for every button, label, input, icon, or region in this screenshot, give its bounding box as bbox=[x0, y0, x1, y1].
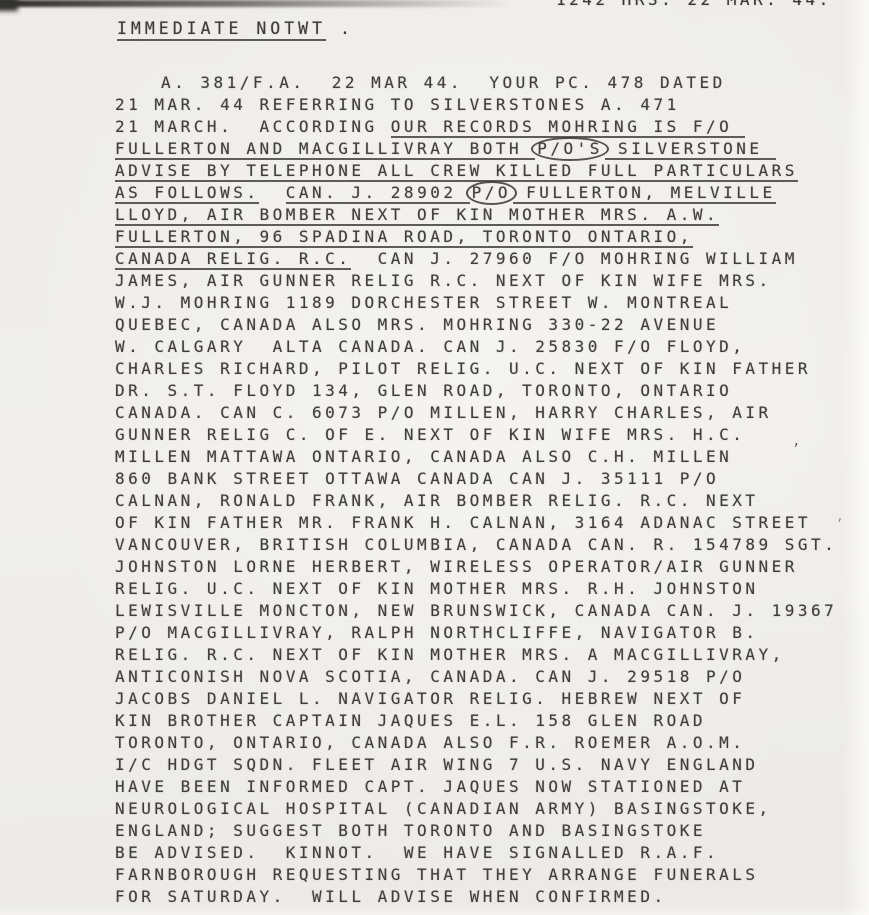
document-line: CHARLES RICHARD, PILOT RELIG. U.C. NEXT … bbox=[115, 358, 855, 380]
document-page: 1242 HRS. 22 MAR. 44. IMMEDIATE NOTWT . … bbox=[0, 0, 869, 915]
document-line: P/O MACGILLIVRAY, RALPH NORTHCLIFFE, NAV… bbox=[115, 622, 855, 644]
text-segment: OF KIN FATHER MR. FRANK H. CALNAN, 3164 … bbox=[115, 513, 811, 532]
document-line: VANCOUVER, BRITISH COLUMBIA, CANADA CAN.… bbox=[115, 534, 855, 556]
text-segment: KIN BROTHER CAPTAIN JAQUES E.L. 158 GLEN… bbox=[115, 711, 706, 730]
text-segment: CANADA. CAN C. 6073 P/O MILLEN, HARRY CH… bbox=[115, 403, 772, 422]
text-segment: 21 MARCH. ACCORDING bbox=[115, 117, 391, 136]
text-segment: FOR SATURDAY. WILL ADVISE WHEN CONFIRMED… bbox=[115, 887, 667, 906]
document-line: LLOYD, AIR BOMBER NEXT OF KIN MOTHER MRS… bbox=[115, 204, 855, 226]
text-segment: P/O MACGILLIVRAY, RALPH NORTHCLIFFE, NAV… bbox=[115, 623, 759, 642]
text-segment: CHARLES RICHARD, PILOT RELIG. U.C. NEXT … bbox=[115, 359, 811, 378]
text-segment: DR. S.T. FLOYD 134, GLEN ROAD, TORONTO, … bbox=[115, 381, 732, 400]
document-line: FOR SATURDAY. WILL ADVISE WHEN CONFIRMED… bbox=[115, 886, 855, 908]
document-line: GUNNER RELIG C. OF E. NEXT OF KIN WIFE M… bbox=[115, 424, 855, 446]
document-line: W.J. MOHRING 1189 DORCHESTER STREET W. M… bbox=[115, 292, 855, 314]
underlined-text: FULLERTON, MELVILLE bbox=[513, 183, 776, 204]
document-line: AS FOLLOWS. CAN. J. 28902 P/O FULLERTON,… bbox=[115, 182, 855, 204]
document-line: A. 381/F.A. 22 MAR 44. YOUR PC. 478 DATE… bbox=[115, 72, 855, 94]
ink-speck: ’ bbox=[792, 442, 800, 457]
text-segment: 21 MAR. 44 REFERRING TO SILVERSTONES A. … bbox=[115, 95, 680, 114]
underlined-text: SILVERSTONE bbox=[605, 139, 776, 160]
text-segment: CAN J. 27960 F/O MOHRING WILLIAM bbox=[351, 249, 798, 268]
document-line: QUEBEC, CANADA ALSO MRS. MOHRING 330-22 … bbox=[115, 314, 855, 336]
text-segment: RELIG. U.C. NEXT OF KIN MOTHER MRS. R.H.… bbox=[115, 579, 759, 598]
scan-artifact-corner bbox=[0, 0, 18, 11]
document-line: RELIG. R.C. NEXT OF KIN MOTHER MRS. A MA… bbox=[115, 644, 855, 666]
text-segment: FARNBOROUGH REQUESTING THAT THEY ARRANGE… bbox=[115, 865, 759, 884]
text-segment: GUNNER RELIG C. OF E. NEXT OF KIN WIFE M… bbox=[115, 425, 745, 444]
underlined-text: CANADA RELIG. R.C. bbox=[115, 249, 351, 270]
page-edge-highlight bbox=[0, 907, 869, 915]
underlined-text: LLOYD, AIR BOMBER NEXT OF KIN MOTHER MRS… bbox=[115, 205, 719, 226]
document-line: TORONTO, ONTARIO, CANADA ALSO F.R. ROEME… bbox=[115, 732, 855, 754]
circled-annotation: P/O'S bbox=[531, 137, 609, 161]
text-segment: JACOBS DANIEL L. NAVIGATOR RELIG. HEBREW… bbox=[115, 689, 745, 708]
document-line: CALNAN, RONALD FRANK, AIR BOMBER RELIG. … bbox=[115, 490, 855, 512]
document-line: JACOBS DANIEL L. NAVIGATOR RELIG. HEBREW… bbox=[115, 688, 855, 710]
document-line: BE ADVISED. KINNOT. WE HAVE SIGNALLED R.… bbox=[115, 842, 855, 864]
document-heading-text: IMMEDIATE NOTWT bbox=[117, 19, 326, 41]
underlined-text: AS FOLLOWS. bbox=[115, 183, 259, 204]
document-line: FULLERTON, 96 SPADINA ROAD, TORONTO ONTA… bbox=[115, 226, 855, 248]
document-line: CANADA. CAN C. 6073 P/O MILLEN, HARRY CH… bbox=[115, 402, 855, 424]
text-segment: NEUROLOGICAL HOSPITAL (CANADIAN ARMY) BA… bbox=[115, 799, 772, 818]
text-segment: JAMES, AIR GUNNER RELIG R.C. NEXT OF KIN… bbox=[115, 271, 772, 290]
document-line: NEUROLOGICAL HOSPITAL (CANADIAN ARMY) BA… bbox=[115, 798, 855, 820]
text-segment: HAVE BEEN INFORMED CAPT. JAQUES NOW STAT… bbox=[115, 777, 745, 796]
document-line: ADVISE BY TELEPHONE ALL CREW KILLED FULL… bbox=[115, 160, 855, 182]
document-line: 860 BANK STREET OTTAWA CANADA CAN J. 351… bbox=[115, 468, 855, 490]
underlined-text: OUR RECORDS MOHRING IS F/O bbox=[391, 117, 746, 138]
text-segment bbox=[259, 183, 285, 202]
document-line: OF KIN FATHER MR. FRANK H. CALNAN, 3164 … bbox=[115, 512, 855, 534]
document-line: LEWISVILLE MONCTON, NEW BRUNSWICK, CANAD… bbox=[115, 600, 855, 622]
text-segment: QUEBEC, CANADA ALSO MRS. MOHRING 330-22 … bbox=[115, 315, 719, 334]
document-line: FULLERTON AND MACGILLIVRAY BOTH P/O'S SI… bbox=[115, 138, 855, 160]
document-heading: IMMEDIATE NOTWT . bbox=[117, 19, 354, 38]
document-line: HAVE BEEN INFORMED CAPT. JAQUES NOW STAT… bbox=[115, 776, 855, 798]
document-line: FARNBOROUGH REQUESTING THAT THEY ARRANGE… bbox=[115, 864, 855, 886]
underlined-text: FULLERTON, 96 SPADINA ROAD, TORONTO ONTA… bbox=[115, 227, 693, 248]
text-segment: TORONTO, ONTARIO, CANADA ALSO F.R. ROEME… bbox=[115, 733, 745, 752]
document-line: KIN BROTHER CAPTAIN JAQUES E.L. 158 GLEN… bbox=[115, 710, 855, 732]
document-line: ANTICONISH NOVA SCOTIA, CANADA. CAN J. 2… bbox=[115, 666, 855, 688]
underlined-text: FULLERTON AND MACGILLIVRAY BOTH bbox=[115, 139, 535, 160]
document-line: W. CALGARY ALTA CANADA. CAN J. 25830 F/O… bbox=[115, 336, 855, 358]
text-segment: W.J. MOHRING 1189 DORCHESTER STREET W. M… bbox=[115, 293, 732, 312]
document-line: RELIG. U.C. NEXT OF KIN MOTHER MRS. R.H.… bbox=[115, 578, 855, 600]
page-edge-highlight bbox=[843, 0, 869, 915]
underlined-text: ADVISE BY TELEPHONE ALL CREW KILLED FULL… bbox=[115, 161, 798, 182]
document-line: MILLEN MATTAWA ONTARIO, CANADA ALSO C.H.… bbox=[115, 446, 855, 468]
circled-annotation: P/O bbox=[466, 181, 517, 205]
document-line: 21 MAR. 44 REFERRING TO SILVERSTONES A. … bbox=[115, 94, 855, 116]
document-line: ENGLAND; SUGGEST BOTH TORONTO AND BASING… bbox=[115, 820, 855, 842]
text-segment: ANTICONISH NOVA SCOTIA, CANADA. CAN J. 2… bbox=[115, 667, 745, 686]
text-segment: RELIG. R.C. NEXT OF KIN MOTHER MRS. A MA… bbox=[115, 645, 785, 664]
text-segment: 860 BANK STREET OTTAWA CANADA CAN J. 351… bbox=[115, 469, 719, 488]
text-segment: ENGLAND; SUGGEST BOTH TORONTO AND BASING… bbox=[115, 821, 706, 840]
document-line: JOHNSTON LORNE HERBERT, WIRELESS OPERATO… bbox=[115, 556, 855, 578]
clipped-header-stamp: 1242 HRS. 22 MAR. 44. bbox=[556, 0, 832, 9]
document-body: A. 381/F.A. 22 MAR 44. YOUR PC. 478 DATE… bbox=[115, 72, 855, 908]
document-heading-period: . bbox=[326, 19, 354, 38]
document-line: DR. S.T. FLOYD 134, GLEN ROAD, TORONTO, … bbox=[115, 380, 855, 402]
text-segment: VANCOUVER, BRITISH COLUMBIA, CANADA CAN.… bbox=[115, 535, 837, 554]
scan-artifact-streak bbox=[0, 0, 514, 7]
text-segment: CALNAN, RONALD FRANK, AIR BOMBER RELIG. … bbox=[115, 491, 759, 510]
text-segment: MILLEN MATTAWA ONTARIO, CANADA ALSO C.H.… bbox=[115, 447, 732, 466]
document-line: I/C HDGT SQDN. FLEET AIR WING 7 U.S. NAV… bbox=[115, 754, 855, 776]
underlined-text: CAN. J. 28902 bbox=[286, 183, 470, 204]
text-segment: A. 381/F.A. 22 MAR 44. YOUR PC. 478 DATE… bbox=[161, 73, 726, 92]
text-segment: BE ADVISED. KINNOT. WE HAVE SIGNALLED R.… bbox=[115, 843, 719, 862]
document-line: JAMES, AIR GUNNER RELIG R.C. NEXT OF KIN… bbox=[115, 270, 855, 292]
text-segment: W. CALGARY ALTA CANADA. CAN J. 25830 F/O… bbox=[115, 337, 745, 356]
text-segment: JOHNSTON LORNE HERBERT, WIRELESS OPERATO… bbox=[115, 557, 798, 576]
document-line: 21 MARCH. ACCORDING OUR RECORDS MOHRING … bbox=[115, 116, 855, 138]
document-line: CANADA RELIG. R.C. CAN J. 27960 F/O MOHR… bbox=[115, 248, 855, 270]
text-segment: LEWISVILLE MONCTON, NEW BRUNSWICK, CANAD… bbox=[115, 601, 837, 620]
text-segment: I/C HDGT SQDN. FLEET AIR WING 7 U.S. NAV… bbox=[115, 755, 759, 774]
